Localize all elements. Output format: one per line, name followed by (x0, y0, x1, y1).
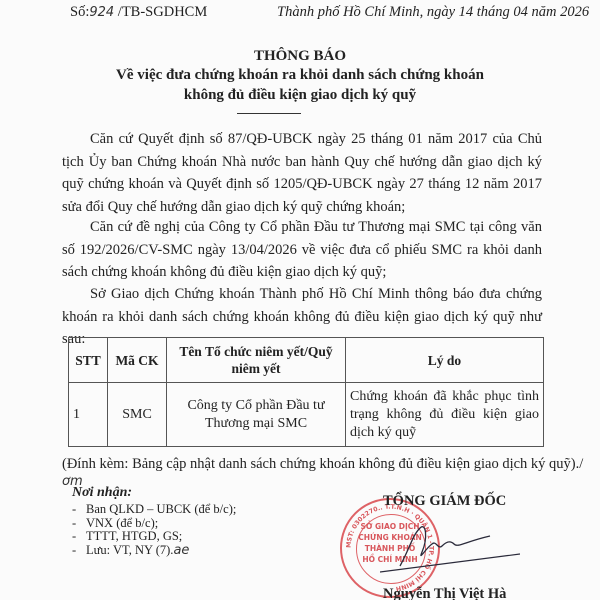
cell-ten-to-chuc: Công ty Cổ phần Đầu tư Thương mại SMC (167, 383, 346, 447)
document-number: Số:924 /TB-SGDHCM (70, 4, 207, 21)
place-date: Thành phố Hồ Chí Minh, ngày 14 tháng 04 … (277, 4, 589, 21)
document-title: THÔNG BÁO (0, 47, 600, 65)
signer-position: TỔNG GIÁM ĐỐC (383, 493, 506, 510)
paragraph-legal-basis-2: Căn cứ đề nghị của Công ty Cổ phần Đầu t… (62, 216, 542, 284)
cell-ma-ck: SMC (108, 383, 167, 447)
paragraph-legal-basis-1: Căn cứ Quyết định số 87/QĐ-UBCK ngày 25 … (62, 128, 542, 218)
signer-name: Nguyễn Thị Việt Hà (383, 586, 506, 600)
header-ten-to-chuc: Tên Tổ chức niêm yết/Quỹ niêm yết (167, 338, 346, 383)
doc-number-prefix: Số: (70, 4, 89, 20)
header-ly-do: Lý do (346, 338, 544, 383)
table-row: 1 SMC Công ty Cổ phần Đầu tư Thương mại … (69, 383, 544, 447)
attachment-text: (Đính kèm: Bảng cập nhật danh sách chứng… (62, 456, 583, 472)
handwritten-signature-icon (380, 518, 520, 578)
recipient-item: Ban QLKD – UBCK (để b/c); (72, 503, 236, 517)
recipients-list: Ban QLKD – UBCK (để b/c); VNX (để b/c); … (72, 503, 236, 557)
title-divider (237, 113, 301, 114)
document-subtitle: Về việc đưa chứng khoán ra khỏi danh sác… (0, 65, 600, 105)
recipient-item: Lưu: VT, NY (7).ae (72, 544, 236, 558)
recipients-title: Nơi nhận: (72, 485, 132, 501)
recipient-item: TTTT, HTGD, GS; (72, 530, 236, 544)
table-header-row: STT Mã CK Tên Tổ chức niêm yết/Quỹ niêm … (69, 338, 544, 383)
securities-table: STT Mã CK Tên Tổ chức niêm yết/Quỹ niêm … (68, 337, 544, 447)
subtitle-line-2: không đủ điều kiện giao dịch ký quỹ (0, 85, 600, 105)
cell-ly-do: Chứng khoán đã khắc phục tình trạng khôn… (346, 383, 544, 447)
header-stt: STT (69, 338, 108, 383)
header-ma-ck: Mã CK (108, 338, 167, 383)
subtitle-line-1: Về việc đưa chứng khoán ra khỏi danh sác… (0, 65, 600, 85)
doc-number-handwritten: 924 (89, 5, 114, 20)
cell-stt: 1 (69, 383, 108, 447)
handwritten-initial: ae (173, 543, 189, 558)
attachment-note: (Đính kèm: Bảng cập nhật danh sách chứng… (62, 456, 600, 490)
doc-number-suffix: /TB-SGDHCM (114, 4, 207, 20)
recipient-item: VNX (để b/c); (72, 517, 236, 531)
